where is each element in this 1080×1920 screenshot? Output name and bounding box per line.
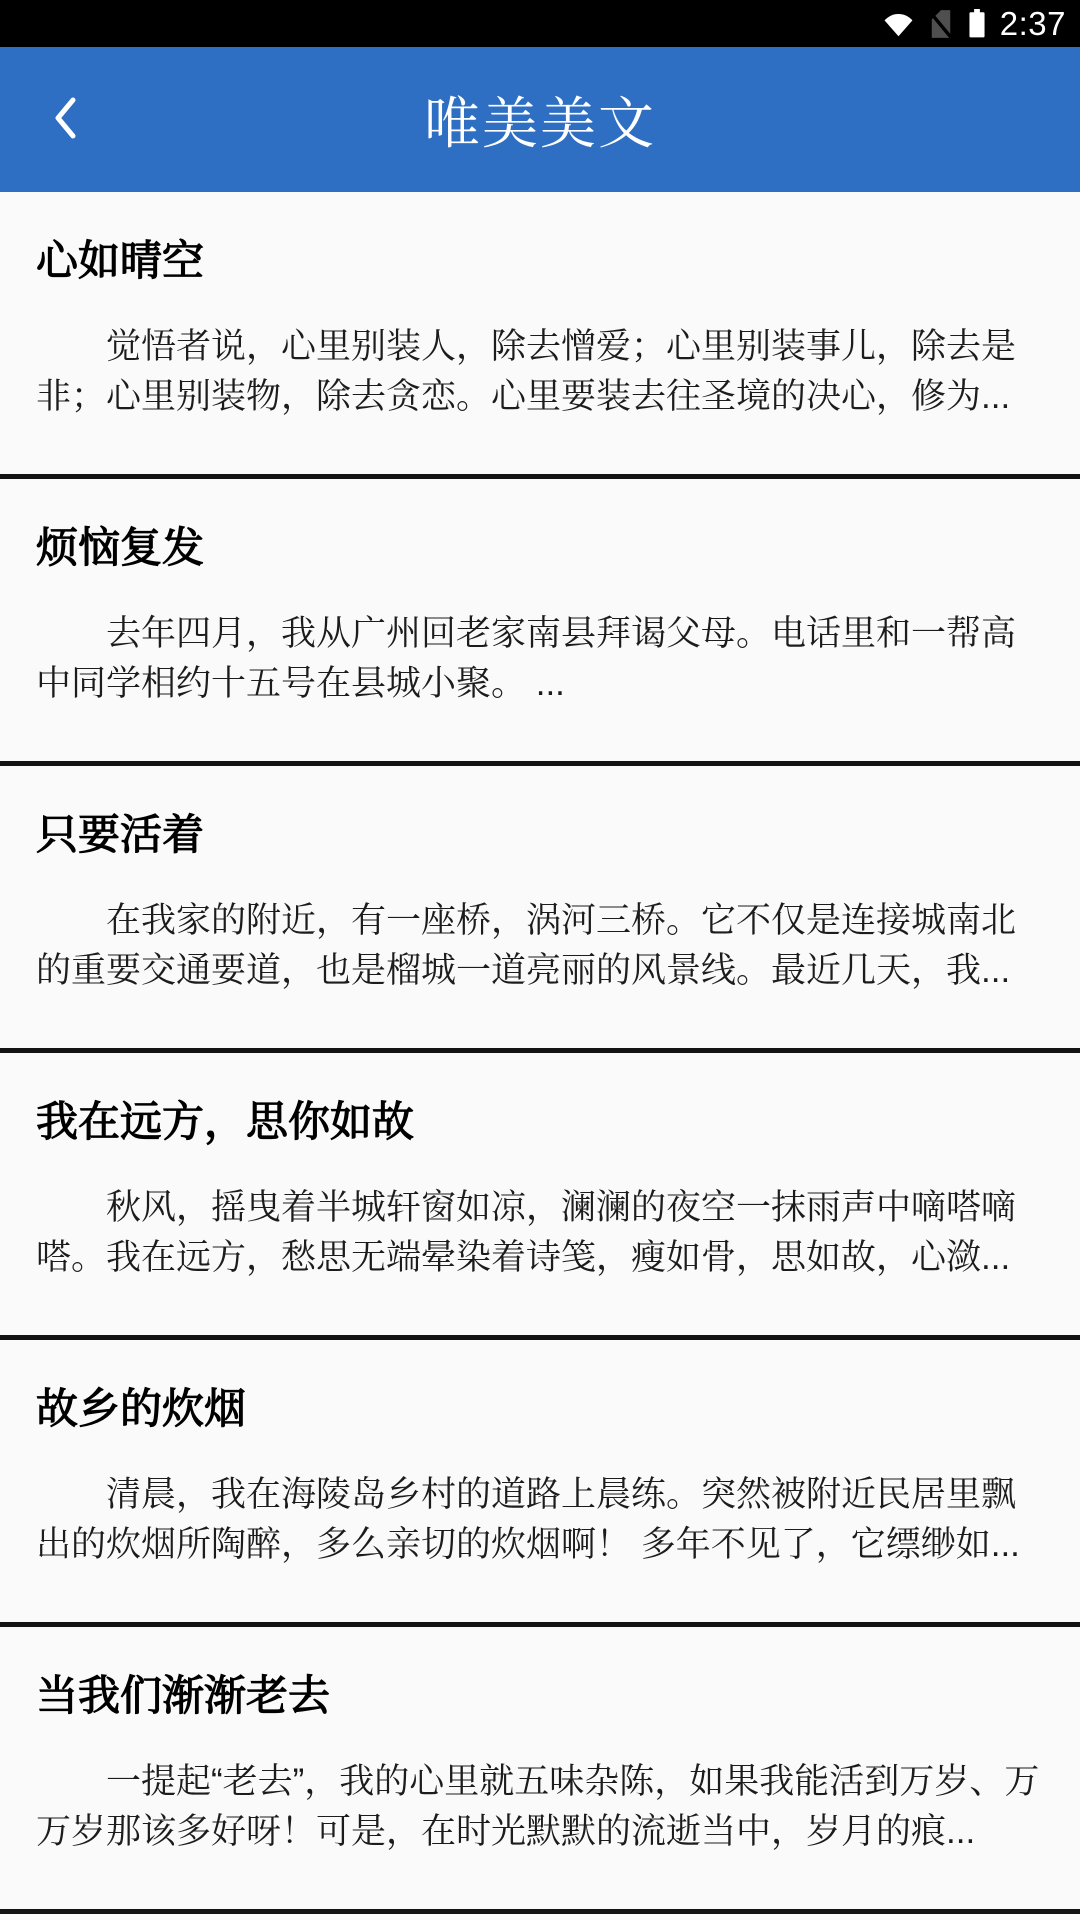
article-preview: 秋风，摇曳着半城轩窗如凉，澜澜的夜空一抹雨声中嘀嗒嘀嗒。我在远方，愁思无端晕染着… bbox=[36, 1183, 1044, 1283]
article-item[interactable]: 只要活着 在我家的附近，有一座桥，涡河三桥。它不仅是连接城南北的重要交通要道，也… bbox=[0, 766, 1080, 1053]
article-preview: 去年四月，我从广州回老家南县拜谒父母。电话里和一帮高中同学相约十五号在县城小聚。… bbox=[36, 609, 1044, 709]
battery-icon bbox=[968, 9, 986, 38]
article-title: 烦恼复发 bbox=[36, 525, 1044, 571]
back-button[interactable] bbox=[30, 75, 100, 165]
no-sim-icon bbox=[928, 9, 954, 39]
article-title: 故乡的炊烟 bbox=[36, 1386, 1044, 1432]
article-preview: 觉悟者说，心里别装人，除去憎爱；心里别装事儿，除去是非；心里别装物，除去贪恋。心… bbox=[36, 322, 1044, 422]
app-bar: 唯美美文 bbox=[0, 47, 1080, 192]
article-list: 心如晴空 觉悟者说，心里别装人，除去憎爱；心里别装事儿，除去是非；心里别装物，除… bbox=[0, 192, 1080, 1914]
article-preview: 清晨，我在海陵岛乡村的道路上晨练。突然被附近民居里飘出的炊烟所陶醉，多么亲切的炊… bbox=[36, 1470, 1044, 1570]
article-title: 当我们渐渐老去 bbox=[36, 1673, 1044, 1719]
article-item[interactable]: 故乡的炊烟 清晨，我在海陵岛乡村的道路上晨练。突然被附近民居里飘出的炊烟所陶醉，… bbox=[0, 1340, 1080, 1627]
status-time: 2:37 bbox=[1000, 0, 1066, 47]
article-item[interactable]: 心如晴空 觉悟者说，心里别装人，除去憎爱；心里别装事儿，除去是非；心里别装物，除… bbox=[0, 192, 1080, 479]
article-title: 我在远方，思你如故 bbox=[36, 1099, 1044, 1145]
page-title: 唯美美文 bbox=[0, 80, 1080, 160]
status-bar: 2:37 bbox=[0, 0, 1080, 47]
wifi-icon bbox=[883, 11, 914, 37]
article-preview: 在我家的附近，有一座桥，涡河三桥。它不仅是连接城南北的重要交通要道，也是榴城一道… bbox=[36, 896, 1044, 996]
app-screen: 2:37 唯美美文 心如晴空 觉悟者说，心里别装人，除去憎爱；心里别装事儿，除去… bbox=[0, 0, 1080, 1920]
article-preview: 一提起“老去”，我的心里就五味杂陈，如果我能活到万岁、万万岁那该多好呀！可是，在… bbox=[36, 1757, 1044, 1857]
article-item[interactable]: 当我们渐渐老去 一提起“老去”，我的心里就五味杂陈，如果我能活到万岁、万万岁那该… bbox=[0, 1627, 1080, 1914]
article-title: 心如晴空 bbox=[36, 238, 1044, 284]
article-item[interactable]: 烦恼复发 去年四月，我从广州回老家南县拜谒父母。电话里和一帮高中同学相约十五号在… bbox=[0, 479, 1080, 766]
chevron-left-icon bbox=[50, 94, 80, 145]
article-title: 只要活着 bbox=[36, 812, 1044, 858]
status-icon-cluster: 2:37 bbox=[883, 0, 1066, 47]
article-item[interactable]: 我在远方，思你如故 秋风，摇曳着半城轩窗如凉，澜澜的夜空一抹雨声中嘀嗒嘀嗒。我在… bbox=[0, 1053, 1080, 1340]
